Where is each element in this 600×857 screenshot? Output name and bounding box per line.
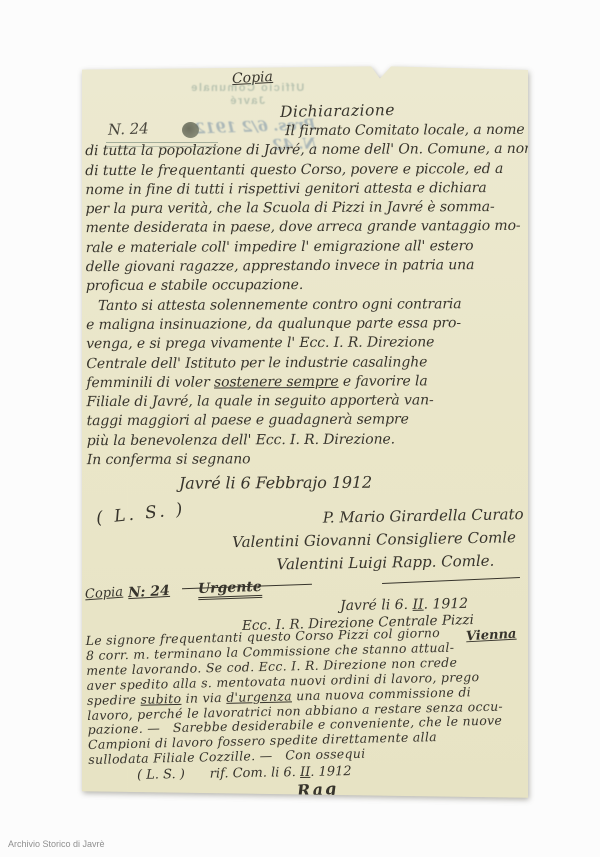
handwritten-line: di tutta la popolazione di Javré, a nome… <box>85 140 525 162</box>
handwritten-line: proficua e stabile occupazione. <box>86 275 526 297</box>
declaration-paragraph: Il firmato Comitato locale, a nomedi tut… <box>85 121 527 494</box>
date-line-2: Javré li 6. II. 1912 <box>340 596 468 614</box>
scanned-document-page: { "colors":{"background":"#fcfcfc","pape… <box>0 0 600 857</box>
handwritten-line: di tutte le frequentanti questo Corso, p… <box>85 159 525 181</box>
handwritten-line: e maligna insinuazione, da qualunque par… <box>86 314 526 336</box>
handwritten-line: per la pura verità, che la Scuola di Piz… <box>85 198 525 220</box>
document-title: Dichiarazione <box>280 101 395 121</box>
copy-label-2: Copia <box>85 585 124 603</box>
handwritten-line: più la benevolenza dell' Ecc. I. R. Dire… <box>87 430 527 452</box>
handwritten-line: mente desiderata in paese, dove arreca g… <box>86 217 526 239</box>
handwritten-line: In conferma si segnano <box>87 449 527 471</box>
archive-watermark: Archivio Storico di Javrè <box>8 839 105 849</box>
handwritten-line: Javré li 6. II. 1912 <box>340 596 468 614</box>
secretary-signature: Rag <box>296 779 338 801</box>
paper-surface: Copia Ufficio Comunale Javré Pres. 6/2 1… <box>82 66 528 800</box>
handwritten-line: Il firmato Comitato locale, a nome <box>85 121 525 143</box>
handwritten-line: delle giovani ragazze, apprestando invec… <box>86 256 526 278</box>
handwritten-line: femminili di voler sostenere sempre e fa… <box>86 372 526 394</box>
signatures-block: P. Mario Girardella CuratoValentini Giov… <box>191 503 524 578</box>
paper-sheet: Copia Ufficio Comunale Javré Pres. 6/2 1… <box>82 66 528 800</box>
handwritten-line: rale e materiale coll' impedire l' emigr… <box>86 237 526 259</box>
handwritten-line: Javré li 6 Febbrajo 1912 <box>87 472 527 494</box>
request-paragraph: Le signore frequentanti questo Corso Piz… <box>85 624 526 768</box>
handwritten-line: taggi maggiori al paese e guadagnerà sem… <box>87 410 527 432</box>
handwritten-line: Filiale di Javré, la quale in seguito ap… <box>86 391 526 413</box>
handwritten-line: Centrale dell' Istituto per le industrie… <box>86 352 526 374</box>
pen-flourish-right <box>382 577 520 584</box>
handwritten-line: venga, e si prega vivamente l' Ecc. I. R… <box>86 333 526 355</box>
handwritten-line: nome in fine di tutti i rispettivi genit… <box>85 179 525 201</box>
seal-mark-1: ( L. S. ) <box>95 499 186 528</box>
handwritten-line: Tanto si attesta solennemente contro ogn… <box>86 295 526 317</box>
document-number-2: N: 24 <box>128 583 171 601</box>
stamp-line-1: Ufficio Comunale <box>177 82 317 95</box>
urgent-label: Urgente <box>198 579 262 600</box>
